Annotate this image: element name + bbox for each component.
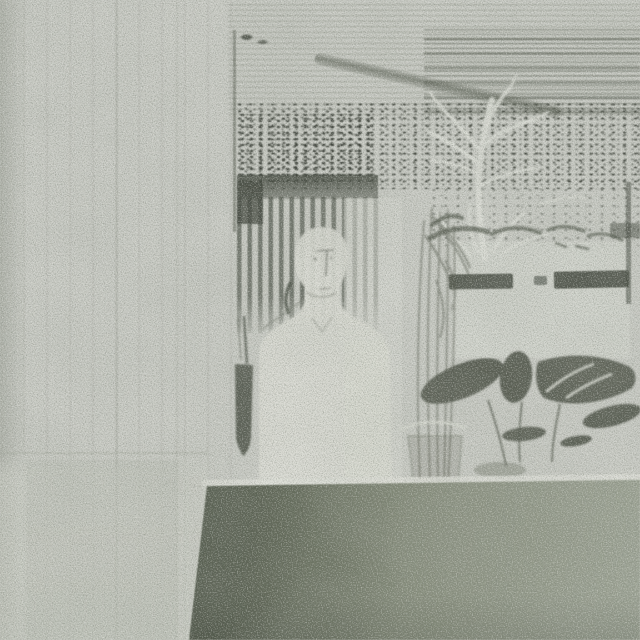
person bbox=[259, 227, 392, 486]
scene bbox=[0, 0, 640, 640]
photocopy-photo: Very grainy photocopied black-and-white … bbox=[0, 0, 640, 640]
hanging-strap bbox=[235, 316, 253, 456]
